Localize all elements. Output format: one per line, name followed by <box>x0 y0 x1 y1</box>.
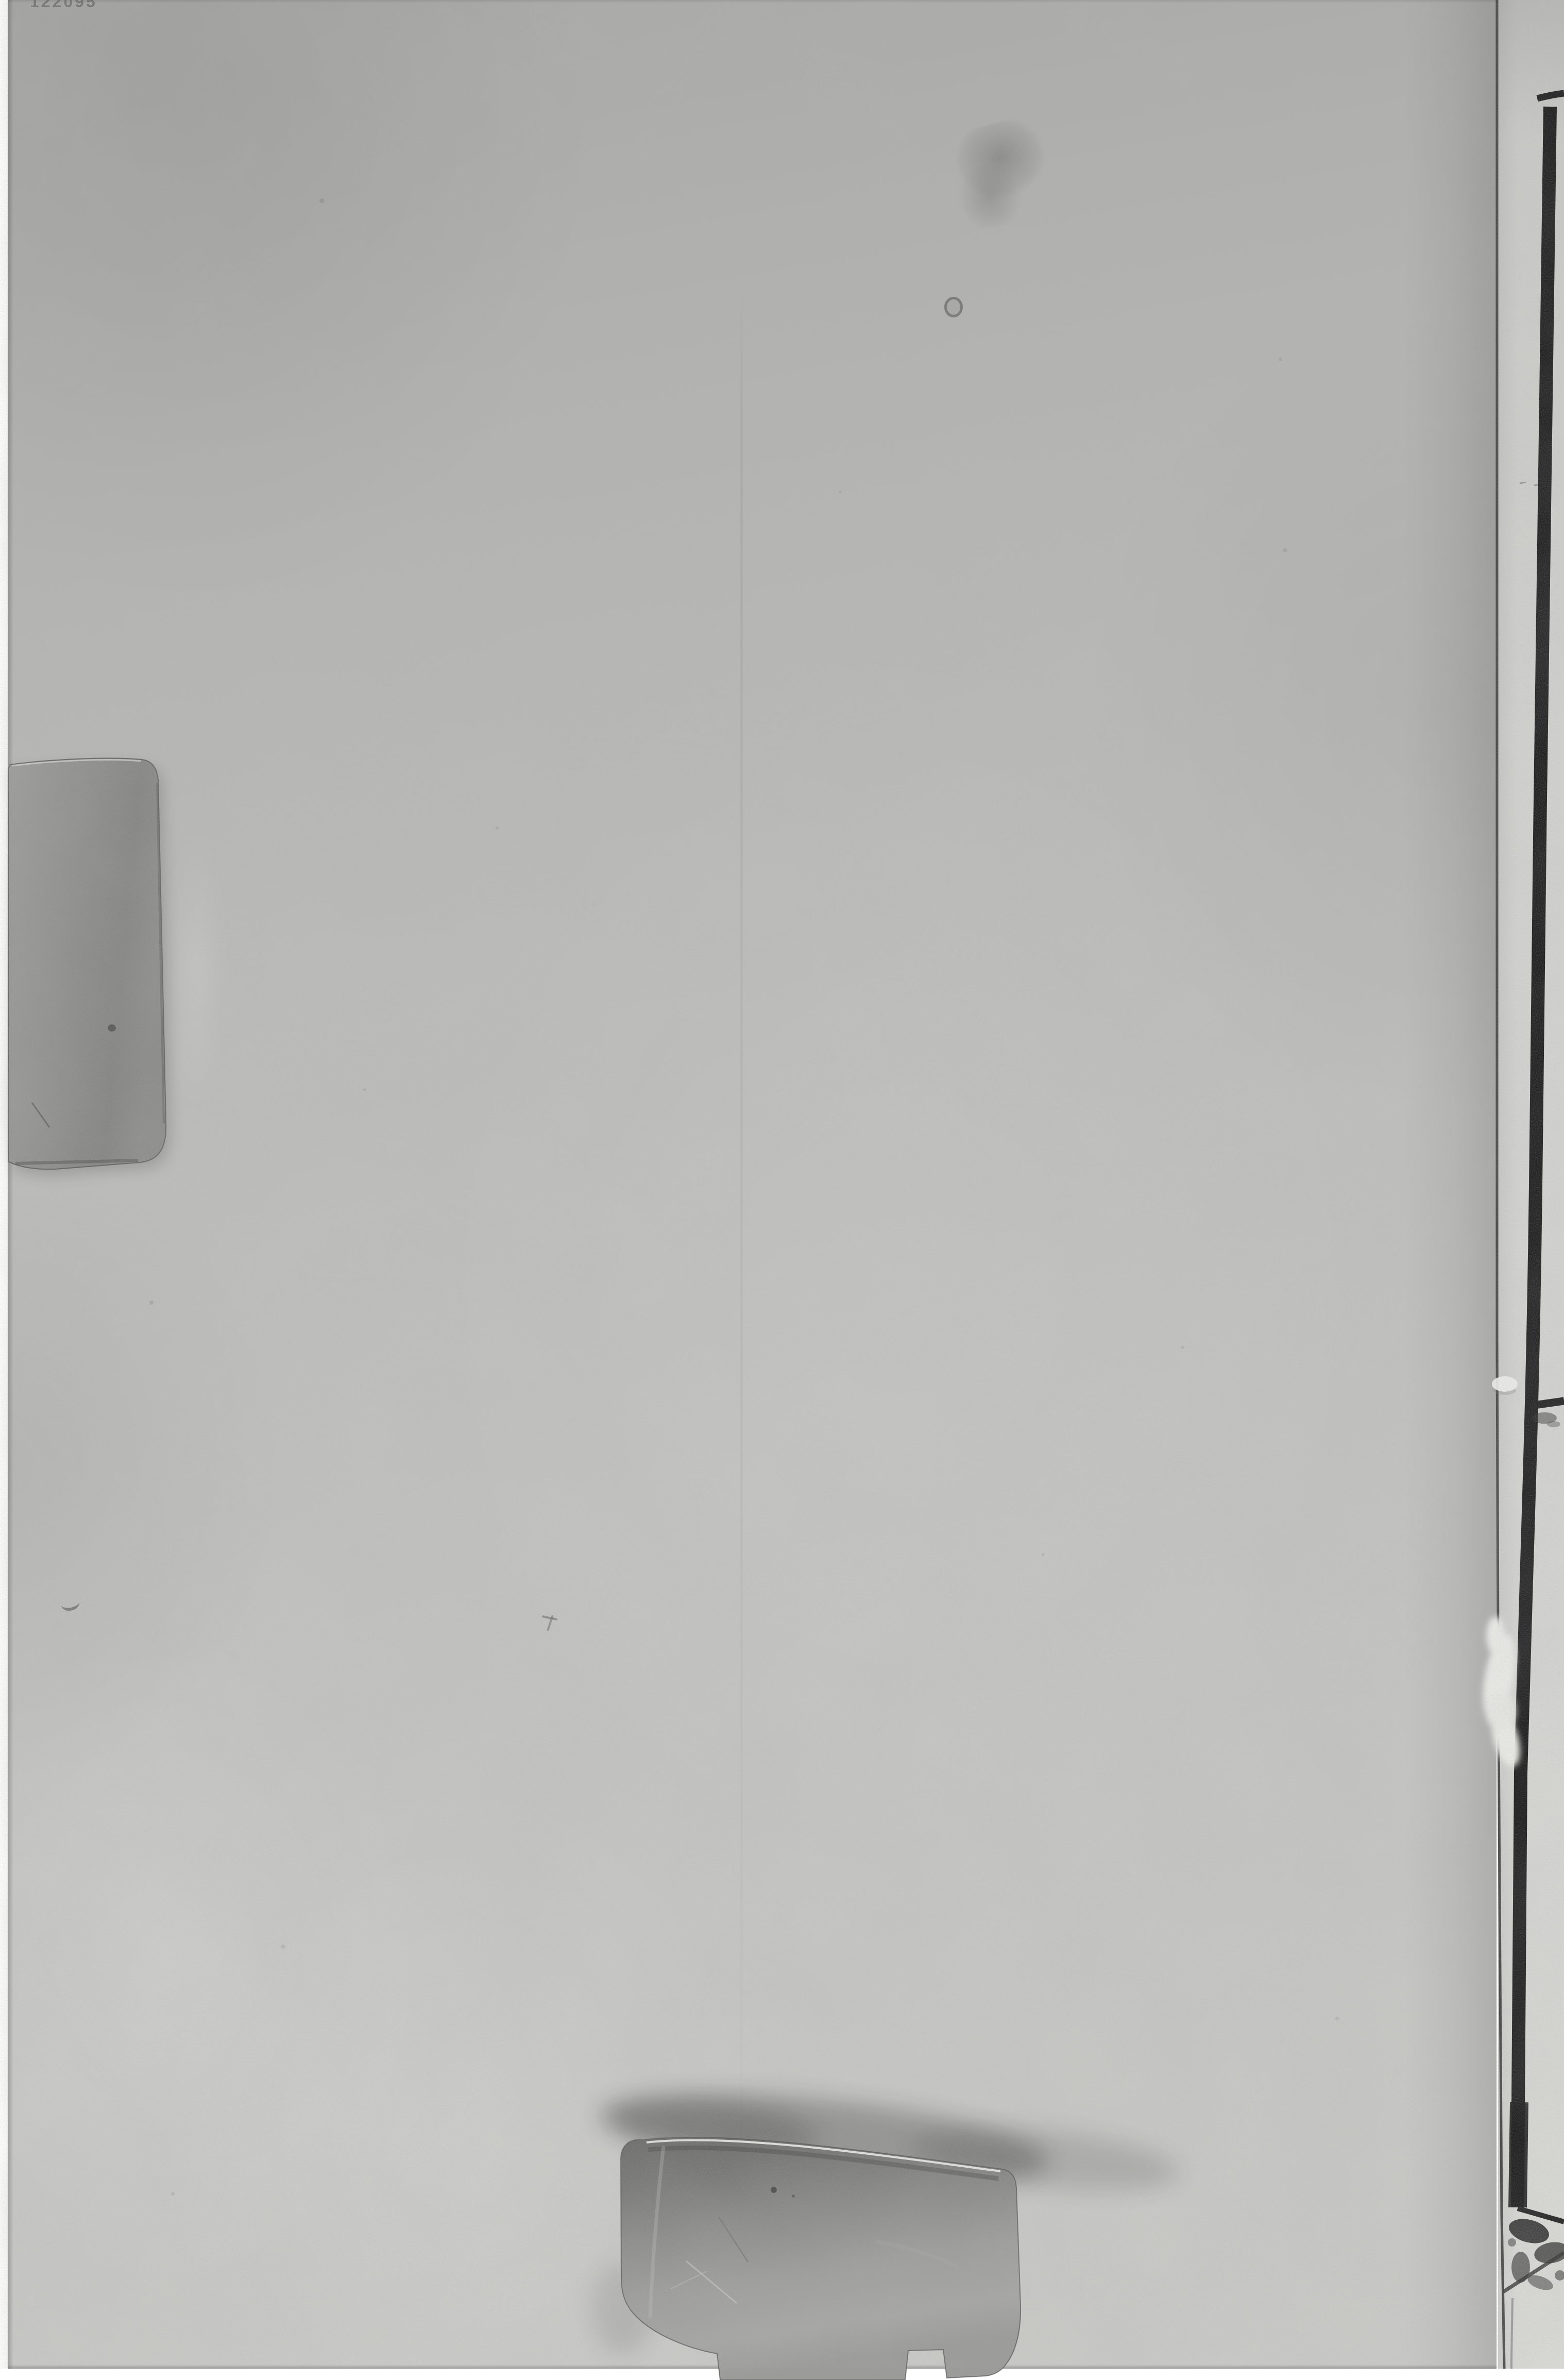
paper-speck <box>1181 1346 1184 1349</box>
paper-speck <box>1042 1553 1045 1556</box>
page-bottom-edge-shade <box>8 2365 1497 2369</box>
scanner-light-halo <box>158 763 235 1175</box>
paper-speck <box>944 297 963 317</box>
scanner-margin-bottom <box>0 2369 1564 2380</box>
paper-speck <box>319 198 325 203</box>
paper-speck <box>839 491 841 493</box>
paper-speck <box>60 1595 80 1612</box>
paper-speck <box>171 2192 175 2196</box>
stamp-number: 122095 <box>30 0 97 11</box>
page-left-edge-shade <box>8 0 13 2369</box>
paper-speck <box>1279 358 1282 361</box>
paper-speck <box>1283 548 1287 552</box>
scanner-margin-left <box>0 0 8 2380</box>
paper-fiber-mark <box>542 1614 559 1631</box>
book-page: 122095 <box>8 0 1497 2369</box>
paper-speck <box>281 1945 285 1949</box>
page-top-edge-shade <box>8 0 1497 3</box>
paper-speck <box>1335 2017 1339 2020</box>
facing-page-strip <box>1498 0 1564 2369</box>
gutter-fold-shade <box>1404 0 1497 2369</box>
paper-speck <box>149 1301 154 1305</box>
paper-crease <box>741 289 742 2247</box>
book-scan: 122095 <box>0 0 1564 2380</box>
paper-speck <box>363 1088 366 1091</box>
paper-speck <box>496 826 499 830</box>
stain-smudge <box>938 112 1061 235</box>
